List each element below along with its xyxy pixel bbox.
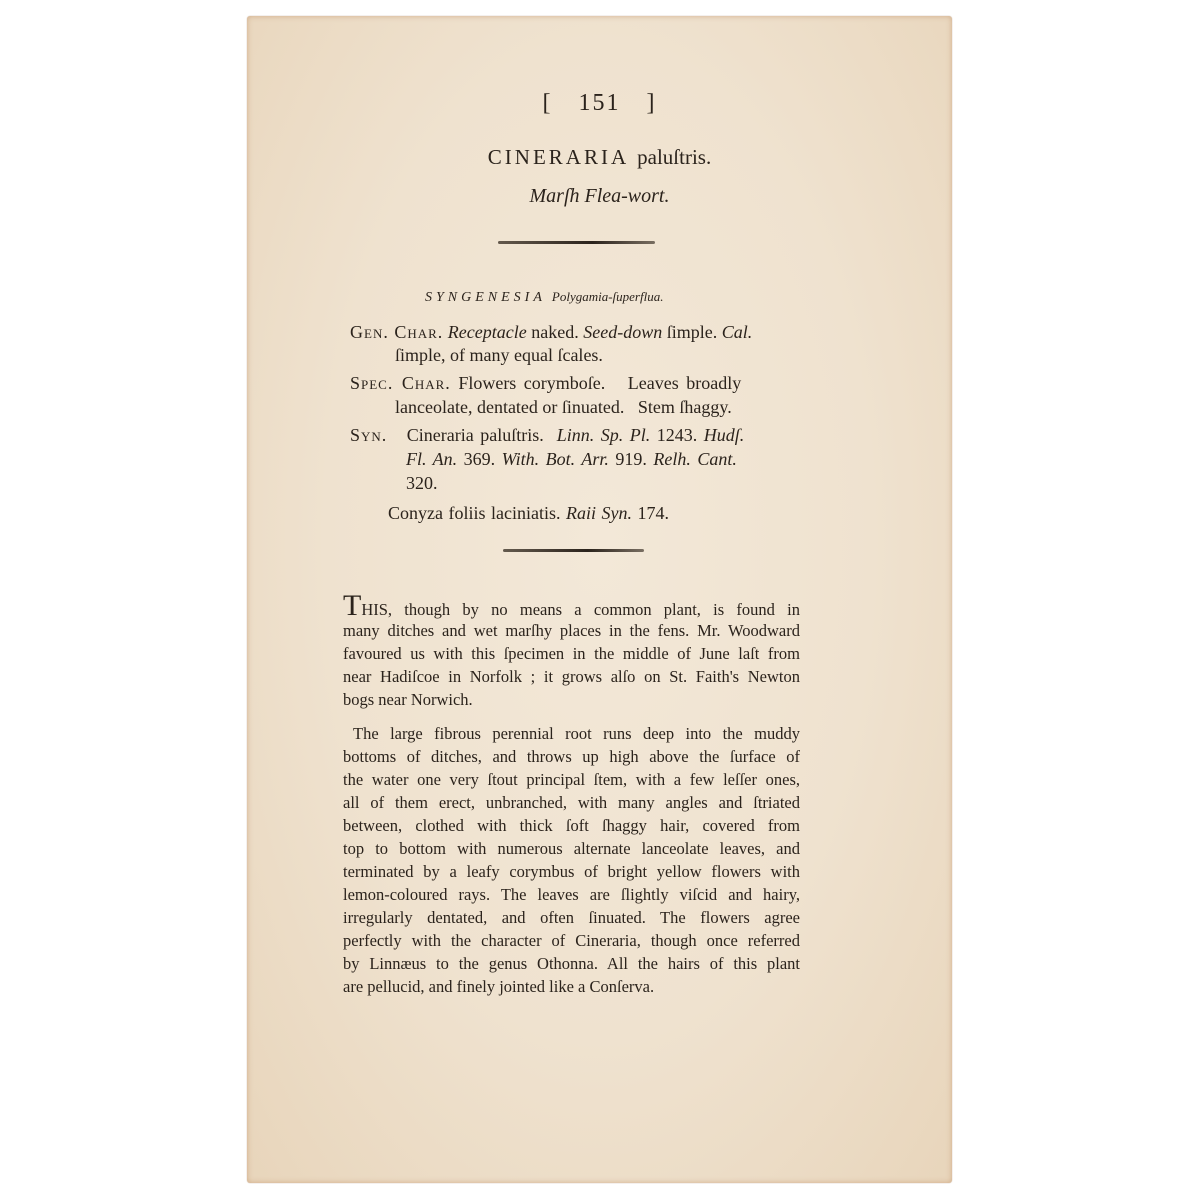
text-line: many ditches and wet marſhy places in th… [343,619,800,642]
text-line: lemon-coloured rays. The leaves are ſlig… [343,883,800,906]
bracket-close: ] [621,90,683,116]
spec-char-line-2: lanceolate, dentated or ſinuated. Stem ſ… [395,396,732,419]
gen-char-text: Receptacle naked. Seed-down ſimple. Cal. [448,322,752,342]
classification: SYNGENESIAPolygamia-ſuperflua. [425,289,663,306]
drop-cap: T [343,589,361,622]
spec-char-line-1: Spec. Char. Flowers corymboſe. Leaves br… [350,372,741,395]
linnaean-order: Polygamia-ſuperflua. [552,289,664,304]
species-title: CINERARIApaluſtris. [247,144,952,170]
divider-rule [498,241,655,244]
text-line: are pellucid, and finely jointed like a … [343,975,800,998]
gen-char-fragment: naked. [527,322,583,342]
text-line: the water one very ſtout principal ſtem,… [343,768,800,791]
syn-ref-num: 174. [637,503,669,523]
text-line: The large fibrous perennial root runs de… [343,722,800,745]
text-line: THIS, though by no means a common plant,… [343,596,800,619]
bracket-open: [ [517,90,579,116]
text-line: near Hadiſcoe in Norfolk ; it grows alſo… [343,665,800,688]
gen-char-line-1: Gen. Char. Receptacle naked. Seed-down ſ… [350,321,752,344]
syn-line-1: Syn. Cineraria paluſtris. Linn. Sp. Pl. … [350,424,744,447]
page-number-value: 151 [579,90,621,116]
text-line: between, clothed with thick ſoft ſhaggy … [343,814,800,837]
text-line: by Linnæus to the genus Othonna. All the… [343,952,800,975]
species-name: paluſtris. [637,145,711,169]
syn-name: Conyza foliis laciniatis. [388,503,560,523]
text-line: perfectly with the character of Cinerari… [343,929,800,952]
linnaean-class: SYNGENESIA [425,290,546,305]
syn-ref: Linn. Sp. Pl. [557,425,651,445]
paragraph-2: The large fibrous perennial root runs de… [343,722,800,998]
syn-line-2: Fl. An. 369. With. Bot. Arr. 919. Relh. … [406,448,737,471]
page-number: [151] [247,90,952,117]
syn-ref-num: 919. [615,449,647,469]
syn-ref: Hudſ. [704,425,745,445]
gen-char-fragment: Seed-down [583,322,662,342]
text-line: all of them erect, unbranched, with many… [343,791,800,814]
book-page: [151] CINERARIApaluſtris. Marſh Flea-wor… [247,16,952,1183]
text-line: top to bottom with numerous alternate la… [343,837,800,860]
syn-line-4: Conyza foliis laciniatis. Raii Syn. 174. [388,502,669,525]
text-line: irregularly dentated, and often ſinuated… [343,906,800,929]
text-line: favoured us with this ſpecimen in the mi… [343,642,800,665]
paragraph-1: THIS, though by no means a common plant,… [343,596,800,711]
gen-char-line-2: ſimple, of many equal ſcales. [395,344,603,367]
text-line: bottoms of ditches, and throws up high a… [343,745,800,768]
divider-rule [503,549,644,552]
syn-ref-num: 369. [464,449,496,469]
common-name: Marſh Flea-wort. [247,185,952,208]
gen-char-fragment: Cal. [722,322,753,342]
gen-char-label: Gen. Char. [350,322,443,342]
gen-char-fragment: ſimple. [662,322,722,342]
syn-name: Cineraria paluſtris. [407,425,544,445]
syn-ref: With. Bot. Arr. [502,449,609,469]
syn-ref-num: 1243. [657,425,698,445]
syn-ref: Raii Syn. [566,503,632,523]
line-text: HIS, though by no means a common plant, … [361,600,800,619]
syn-label: Syn. [350,425,387,445]
text-line: bogs near Norwich. [343,688,800,711]
text-line: terminated by a leafy corymbus of bright… [343,860,800,883]
syn-line-3: 320. [406,472,438,495]
syn-ref: Relh. Cant. [653,449,737,469]
spec-char-text: Flowers corymboſe. Leaves broadly [458,373,741,393]
spec-char-label: Spec. Char. [350,373,451,393]
genus-name: CINERARIA [488,145,629,169]
gen-char-fragment: Receptacle [448,322,527,342]
syn-ref: Fl. An. [406,449,457,469]
